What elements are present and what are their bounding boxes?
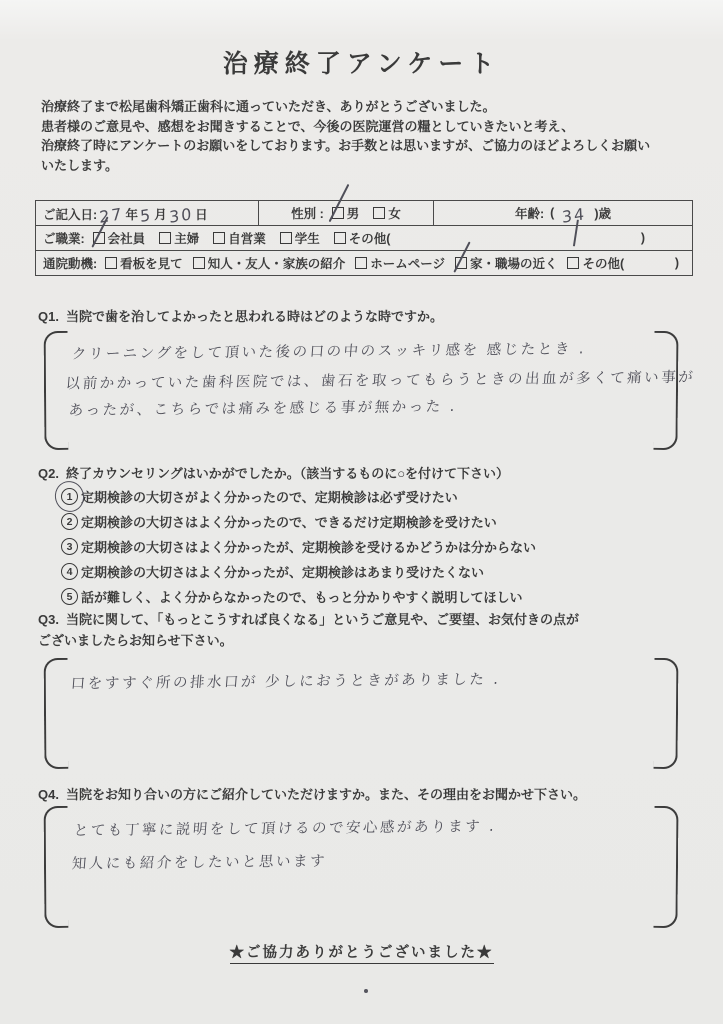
answer-bracket-right xyxy=(654,658,679,769)
date-label: ご記入日: xyxy=(43,208,97,222)
checkbox-female xyxy=(373,207,385,219)
occupation-label: ご職業: xyxy=(43,229,85,247)
question-q3-heading: Q3.当院に関して、「もっとこうすれば良くなる」というご意見や、ご要望、お気付き… xyxy=(38,609,688,651)
occupation-option: 学生 xyxy=(280,229,320,247)
q1-answer-area: クリーニングをして頂いた後の口の中のスッキリ感を 感じたとき . 以前かかってい… xyxy=(44,331,678,450)
checkbox-homepage xyxy=(355,257,367,269)
checkbox-housewife xyxy=(159,232,171,244)
table-row: ご職業: 会社員 主婦 自営業 学生 xyxy=(36,226,693,251)
option-text: 定期検診の大切さはよく分かったが、定期検診はあまり受けたくない xyxy=(81,562,484,581)
q2-option-2: 2 定期検診の大切さはよく分かったので、できるだけ定期検診を受けたい xyxy=(61,512,497,531)
option-label: 家・職場の近く xyxy=(470,254,558,272)
table-row: 通院動機: 看板を見て 知人・友人・家族の紹介 ホームページ xyxy=(36,251,693,276)
option-label: その他( xyxy=(349,229,391,247)
q2-text: 終了カウンセリングはいかがでしたか。（該当するものに○を付けて下さい） xyxy=(66,466,509,481)
intro-line: 患者様のご意見や、感想をお聞きすることで、今後の医院運営の糧としていきたいと考え… xyxy=(41,117,693,137)
option-text: 定期検診の大切さはよく分かったので、できるだけ定期検診を受けたい xyxy=(81,512,497,531)
checkbox-male xyxy=(332,207,344,219)
q4-answer-line: 知人にも紹介をしたいと思います xyxy=(71,850,328,874)
option-label: ホームページ xyxy=(370,254,445,272)
option-label: 看板を見て xyxy=(120,254,183,272)
occupation-option: 自営業 xyxy=(213,229,266,247)
occupation-option-other: その他( ) xyxy=(334,229,685,247)
checkbox-signboard xyxy=(105,257,117,269)
q3-text-line: 当院に関して、「もっとこうすれば良くなる」というご意見や、ご要望、お気付きの点が xyxy=(66,612,579,627)
answer-bracket-left xyxy=(44,806,69,928)
q4-label: Q4. xyxy=(38,787,59,802)
footer-thanks: ★ご協力ありがとうございました★ xyxy=(0,941,723,962)
respondent-info-table: ご記入日:27年5月30日 性別 : 男 女 xyxy=(35,200,693,276)
gender-label: 性別 : xyxy=(291,204,324,222)
q3-label: Q3. xyxy=(38,612,59,627)
q1-answer-line: あったが、こちらでは痛みを感じる事が無かった . xyxy=(68,395,458,420)
q3-answer-area: 口をすすぐ所の排水口が 少しにおうときがありました . xyxy=(44,658,678,769)
checkbox-motive-other xyxy=(567,257,579,269)
motive-option: 家・職場の近く xyxy=(455,254,558,272)
occupation-cell: ご職業: 会社員 主婦 自営業 学生 xyxy=(36,226,693,251)
option-label: その他( xyxy=(582,254,624,272)
page-title: 治療終了アンケート xyxy=(0,44,723,80)
handwritten-day: 30 xyxy=(168,204,193,227)
q2-label: Q2. xyxy=(38,466,59,481)
option-text: 定期検診の大切さがよく分かったので、定期検診は必ず受けたい xyxy=(81,487,458,506)
option-label: 会社員 xyxy=(108,229,146,247)
option-number: 3 xyxy=(61,538,78,555)
intro-line: いたします。 xyxy=(41,156,693,176)
checkbox-student xyxy=(280,232,292,244)
q1-label: Q1. xyxy=(38,309,59,324)
question-q2-heading: Q2.終了カウンセリングはいかがでしたか。（該当するものに○を付けて下さい） xyxy=(38,463,509,484)
option-number: 4 xyxy=(61,563,78,580)
q2-option-3: 3 定期検診の大切さはよく分かったが、定期検診を受けるかどうかは分からない xyxy=(61,537,536,556)
option-number: 5 xyxy=(61,588,78,605)
checkbox-company-employee xyxy=(93,232,105,244)
motive-option-other: その他( ) xyxy=(567,254,685,272)
age-open-paren: ( xyxy=(550,206,554,220)
option-label: 自営業 xyxy=(228,229,266,247)
question-q1-heading: Q1.当院で歯を治してよかったと思われる時はどのような時ですか。 xyxy=(38,306,443,327)
q2-option-1: 1 定期検診の大切さがよく分かったので、定期検診は必ず受けたい xyxy=(61,487,458,506)
scanned-survey-page: 治療終了アンケート 治療終了まで松尾歯科矯正歯科に通っていただき、ありがとうござ… xyxy=(0,0,723,1024)
intro-paragraph: 治療終了まで松尾歯科矯正歯科に通っていただき、ありがとうございました。 患者様の… xyxy=(41,97,693,175)
occupation-option: 主婦 xyxy=(159,229,199,247)
q1-text: 当院で歯を治してよかったと思われる時はどのような時ですか。 xyxy=(66,309,443,324)
motive-option: 看板を見て xyxy=(105,254,183,272)
answer-bracket-left xyxy=(44,658,69,769)
age-cell: 年齢: ( 34 )歳 xyxy=(434,201,693,226)
question-q4-heading: Q4.当院をお知り合いの方にご紹介していただけますか。また、その理由をお聞かせ下… xyxy=(38,784,586,805)
year-unit: 年 xyxy=(126,208,139,222)
option-label: 主婦 xyxy=(174,229,199,247)
checkbox-referral xyxy=(193,257,205,269)
date-cell: ご記入日:27年5月30日 xyxy=(36,201,259,226)
q3-text-line: ございましたらお知らせ下さい。 xyxy=(38,630,688,651)
day-unit: 日 xyxy=(195,208,208,222)
age-label: 年齢: xyxy=(515,204,544,222)
q2-option-4: 4 定期検診の大切さはよく分かったが、定期検診はあまり受けたくない xyxy=(61,562,484,581)
close-paren: ) xyxy=(675,256,679,270)
motive-cell: 通院動機: 看板を見て 知人・友人・家族の紹介 ホームページ xyxy=(36,251,693,276)
intro-line: 治療終了まで松尾歯科矯正歯科に通っていただき、ありがとうございました。 xyxy=(41,97,693,117)
q2-option-5: 5 話が難しく、よく分からなかったので、もっと分かりやすく説明してほしい xyxy=(61,587,522,606)
option-text: 定期検診の大切さはよく分かったが、定期検診を受けるかどうかは分からない xyxy=(81,537,536,556)
month-unit: 月 xyxy=(154,208,167,222)
gender-option-label: 男 xyxy=(347,204,360,222)
q4-answer-line: とても丁寧に説明をして頂けるので安心感があります . xyxy=(73,815,497,840)
handwritten-age: 34 xyxy=(556,203,593,228)
answer-bracket-right xyxy=(653,806,678,928)
option-label: 知人・友人・家族の紹介 xyxy=(208,254,346,272)
table-row: ご記入日:27年5月30日 性別 : 男 女 xyxy=(36,201,693,226)
option-label: 学生 xyxy=(295,229,320,247)
checkbox-near-home-work xyxy=(455,257,467,269)
motive-option: ホームページ xyxy=(355,254,445,272)
occupation-option: 会社員 xyxy=(93,229,146,247)
checkbox-self-employed xyxy=(213,232,225,244)
motive-label: 通院動機: xyxy=(43,254,97,272)
option-number: 2 xyxy=(61,513,78,530)
q1-answer-line: クリーニングをして頂いた後の口の中のスッキリ感を 感じたとき . xyxy=(71,337,587,363)
answer-bracket-right xyxy=(653,331,678,450)
gender-option-label: 女 xyxy=(388,204,401,222)
ink-dot xyxy=(364,989,368,993)
gender-option-female: 女 xyxy=(373,204,401,222)
close-paren: ) xyxy=(641,231,645,245)
handwritten-month: 5 xyxy=(140,205,153,226)
gender-cell: 性別 : 男 女 xyxy=(259,201,434,226)
motive-option: 知人・友人・家族の紹介 xyxy=(193,254,346,272)
q1-answer-line: 以前かかっていた歯科医院では、歯石を取ってもらうときの出血が多くて痛い事が xyxy=(65,366,696,394)
q4-answer-area: とても丁寧に説明をして頂けるので安心感があります . 知人にも紹介をしたいと思い… xyxy=(44,806,678,928)
q3-answer-line: 口をすすぐ所の排水口が 少しにおうときがありました . xyxy=(70,668,501,693)
intro-line: 治療終了時にアンケートのお願いをしております。お手数とは思いますが、ご協力のほど… xyxy=(41,136,693,156)
gender-option-male: 男 xyxy=(332,204,360,222)
q4-text: 当院をお知り合いの方にご紹介していただけますか。また、その理由をお聞かせ下さい。 xyxy=(66,787,586,802)
checkbox-other xyxy=(334,232,346,244)
age-close-paren: )歳 xyxy=(594,204,611,222)
option-text: 話が難しく、よく分からなかったので、もっと分かりやすく説明してほしい xyxy=(81,587,522,606)
